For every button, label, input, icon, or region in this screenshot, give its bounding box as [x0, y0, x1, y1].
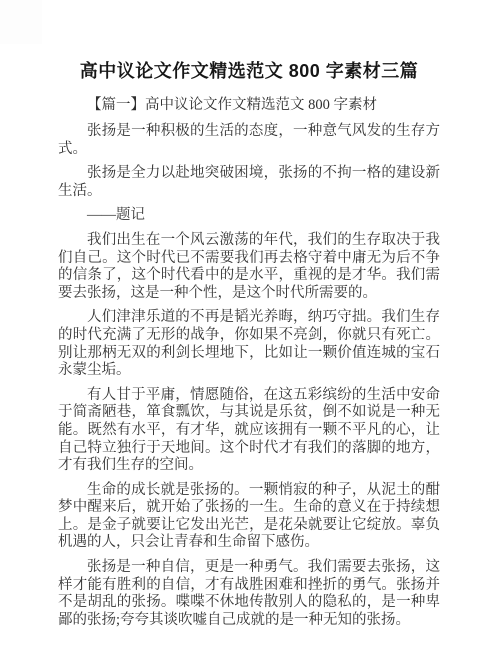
page-corner-shading	[0, 0, 42, 44]
section-heading: 【篇一】高中议论文作文精选范文 800 字素材	[58, 96, 440, 114]
document-page: 高中议论文作文精选范文 800 字素材三篇 【篇一】高中议论文作文精选范文 80…	[0, 0, 500, 647]
paragraph: 人们津津乐道的不再是韬光养晦，纳巧守拙。我们生存的时代充满了无形的战争，你如果不…	[58, 309, 440, 379]
paragraph: 生命的成长就是张扬的。一颗悄寂的种子，从泥土的酣梦中醒来后，就开始了张扬的一生。…	[58, 482, 440, 552]
document-title: 高中议论文作文精选范文 800 字素材三篇	[58, 59, 440, 83]
paragraph: 我们出生在一个风云激荡的年代，我们的生存取决于我们自己。这个时代已不需要我们再去…	[58, 232, 440, 302]
document-content: 高中议论文作文精选范文 800 字素材三篇 【篇一】高中议论文作文精选范文 80…	[58, 0, 440, 636]
paragraph: 张扬是全力以赴地突破困境，张扬的不拘一格的建设新生活。	[58, 165, 440, 200]
paragraph: ——题记	[58, 207, 440, 225]
paragraph: 张扬是一种积极的生活的态度，一种意气风发的生存方式。	[58, 123, 440, 158]
paragraph: 有人甘于平庸，情愿随俗，在这五彩缤纷的生活中安命于简斋陋巷，箪食瓢饮，与其说是乐…	[58, 387, 440, 475]
paragraph-list: 张扬是一种积极的生活的态度，一种意气风发的生存方式。张扬是全力以赴地突破困境，张…	[58, 123, 440, 629]
paragraph: 张扬是一种自信，更是一种勇气。我们需要去张扬，这样才能有胜利的自信，才有战胜困难…	[58, 559, 440, 629]
